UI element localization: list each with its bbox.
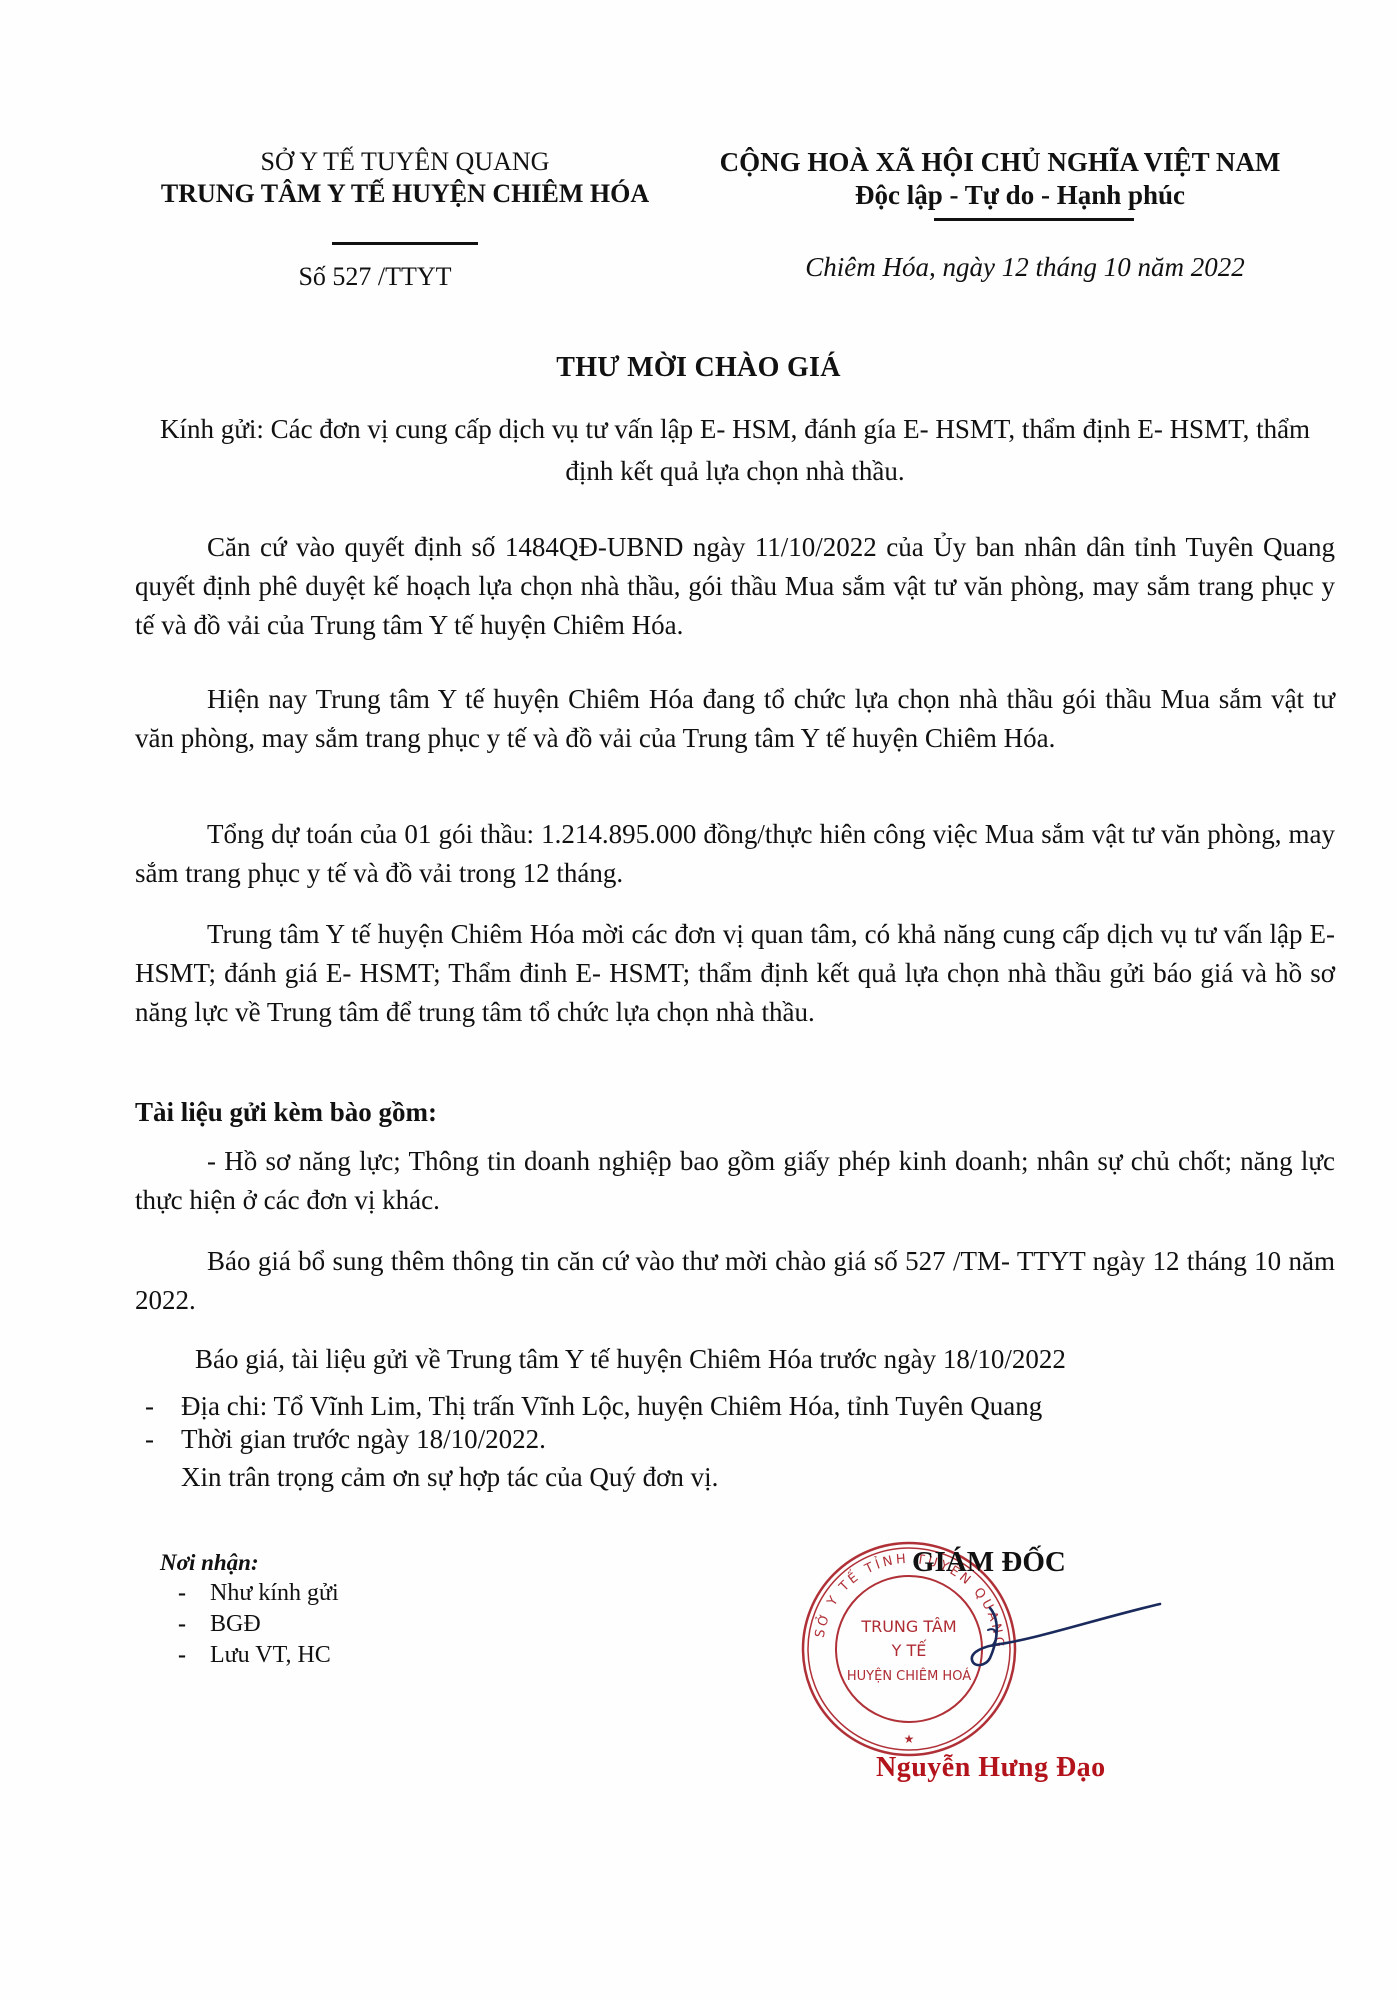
signer-name: Nguyễn Hưng Đạo bbox=[876, 1752, 1106, 1784]
bullet-marker: - bbox=[178, 1609, 186, 1640]
stamp-star: ★ bbox=[904, 1732, 915, 1746]
place-and-date: Chiêm Hóa, ngày 12 tháng 10 năm 2022 bbox=[680, 251, 1320, 283]
distribution-list: Nơi nhận: - Như kính gửi - BGĐ - Lưu VT,… bbox=[160, 1548, 339, 1671]
bullet-marker: - bbox=[178, 1640, 186, 1671]
paragraph-current-status: Hiện nay Trung tâm Y tế huyện Chiêm Hóa … bbox=[135, 680, 1335, 758]
document-number: Số 527 /TTYT bbox=[135, 262, 675, 292]
addressee-line: Kính gửi: Các đơn vị cung cấp dịch vụ tư… bbox=[140, 408, 1330, 492]
handwritten-signature-icon bbox=[960, 1600, 1180, 1680]
document-title: THƯ MỜI CHÀO GIÁ bbox=[0, 352, 1397, 384]
document-page: SỞ Y TẾ TUYÊN QUANG TRUNG TÂM Y TẾ HUYỆN… bbox=[0, 0, 1397, 2000]
distribution-item: - BGĐ bbox=[160, 1609, 339, 1640]
paragraph-deadline: Báo giá, tài liệu gửi về Trung tâm Y tế … bbox=[135, 1340, 1335, 1379]
distribution-item: - Lưu VT, HC bbox=[160, 1640, 339, 1671]
paragraph-supplement: Báo giá bổ sung thêm thông tin căn cứ và… bbox=[135, 1242, 1335, 1320]
distribution-item: - Như kính gửi bbox=[160, 1578, 339, 1609]
national-motto: Độc lập - Tự do - Hạnh phúc bbox=[680, 178, 1320, 212]
submission-details-list: - Địa chi: Tổ Vĩnh Lim, Thị trấn Vĩnh Lộ… bbox=[135, 1390, 1335, 1456]
parent-organization: SỞ Y TẾ TUYÊN QUANG bbox=[135, 146, 675, 178]
header-left-divider bbox=[332, 242, 478, 245]
national-title: CỘNG HOÀ XÃ HỘI CHỦ NGHĨA VIỆT NAM bbox=[680, 146, 1320, 178]
deadline-text: Thời gian trước ngày 18/10/2022. bbox=[181, 1424, 546, 1454]
bullet-marker: - bbox=[145, 1423, 154, 1456]
paragraph-total-estimate: Tổng dự toán của 01 gói thầu: 1.214.895.… bbox=[135, 815, 1335, 893]
distribution-item-text: Lưu VT, HC bbox=[210, 1642, 331, 1668]
signer-title: GIÁM ĐỐC bbox=[912, 1546, 1066, 1579]
address-text: Địa chi: Tổ Vĩnh Lim, Thị trấn Vĩnh Lộc,… bbox=[181, 1391, 1042, 1421]
organization-name: TRUNG TÂM Y TẾ HUYỆN CHIÊM HÓA bbox=[135, 178, 675, 210]
signature-block: GIÁM ĐỐC SỞ Y TẾ TỈNH TUYÊN QUANG TRUNG … bbox=[780, 1500, 1280, 1800]
closing-thanks: Xin trân trọng cảm ơn sự hợp tác của Quý… bbox=[181, 1458, 718, 1497]
stamp-line-1: TRUNG TÂM bbox=[860, 1617, 956, 1636]
attachments-list: - Hồ sơ năng lực; Thông tin doanh nghiệp… bbox=[135, 1142, 1335, 1220]
national-header-block: CỘNG HOÀ XÃ HỘI CHỦ NGHĨA VIỆT NAM Độc l… bbox=[680, 146, 1320, 283]
distribution-label: Nơi nhận: bbox=[160, 1548, 339, 1578]
bullet-marker: - bbox=[178, 1578, 186, 1609]
list-item-address: - Địa chi: Tổ Vĩnh Lim, Thị trấn Vĩnh Lộ… bbox=[135, 1390, 1335, 1423]
distribution-item-text: BGĐ bbox=[210, 1611, 261, 1637]
paragraph-legal-basis: Căn cứ vào quyết định số 1484QĐ-UBND ngà… bbox=[135, 528, 1335, 645]
stamp-line-3: HUYỆN CHIÊM HOÁ bbox=[847, 1668, 971, 1684]
list-item-deadline: - Thời gian trước ngày 18/10/2022. bbox=[135, 1423, 1335, 1456]
header-right-divider bbox=[934, 218, 1134, 221]
stamp-line-2: Y TẾ bbox=[891, 1639, 928, 1660]
distribution-item-text: Như kính gửi bbox=[210, 1580, 339, 1606]
paragraph-invitation: Trung tâm Y tế huyện Chiêm Hóa mời các đ… bbox=[135, 915, 1335, 1032]
issuing-authority-block: SỞ Y TẾ TUYÊN QUANG TRUNG TÂM Y TẾ HUYỆN… bbox=[135, 146, 675, 292]
bullet-marker: - bbox=[145, 1390, 154, 1423]
attachments-heading: Tài liệu gửi kèm bào gồm: bbox=[135, 1093, 437, 1132]
